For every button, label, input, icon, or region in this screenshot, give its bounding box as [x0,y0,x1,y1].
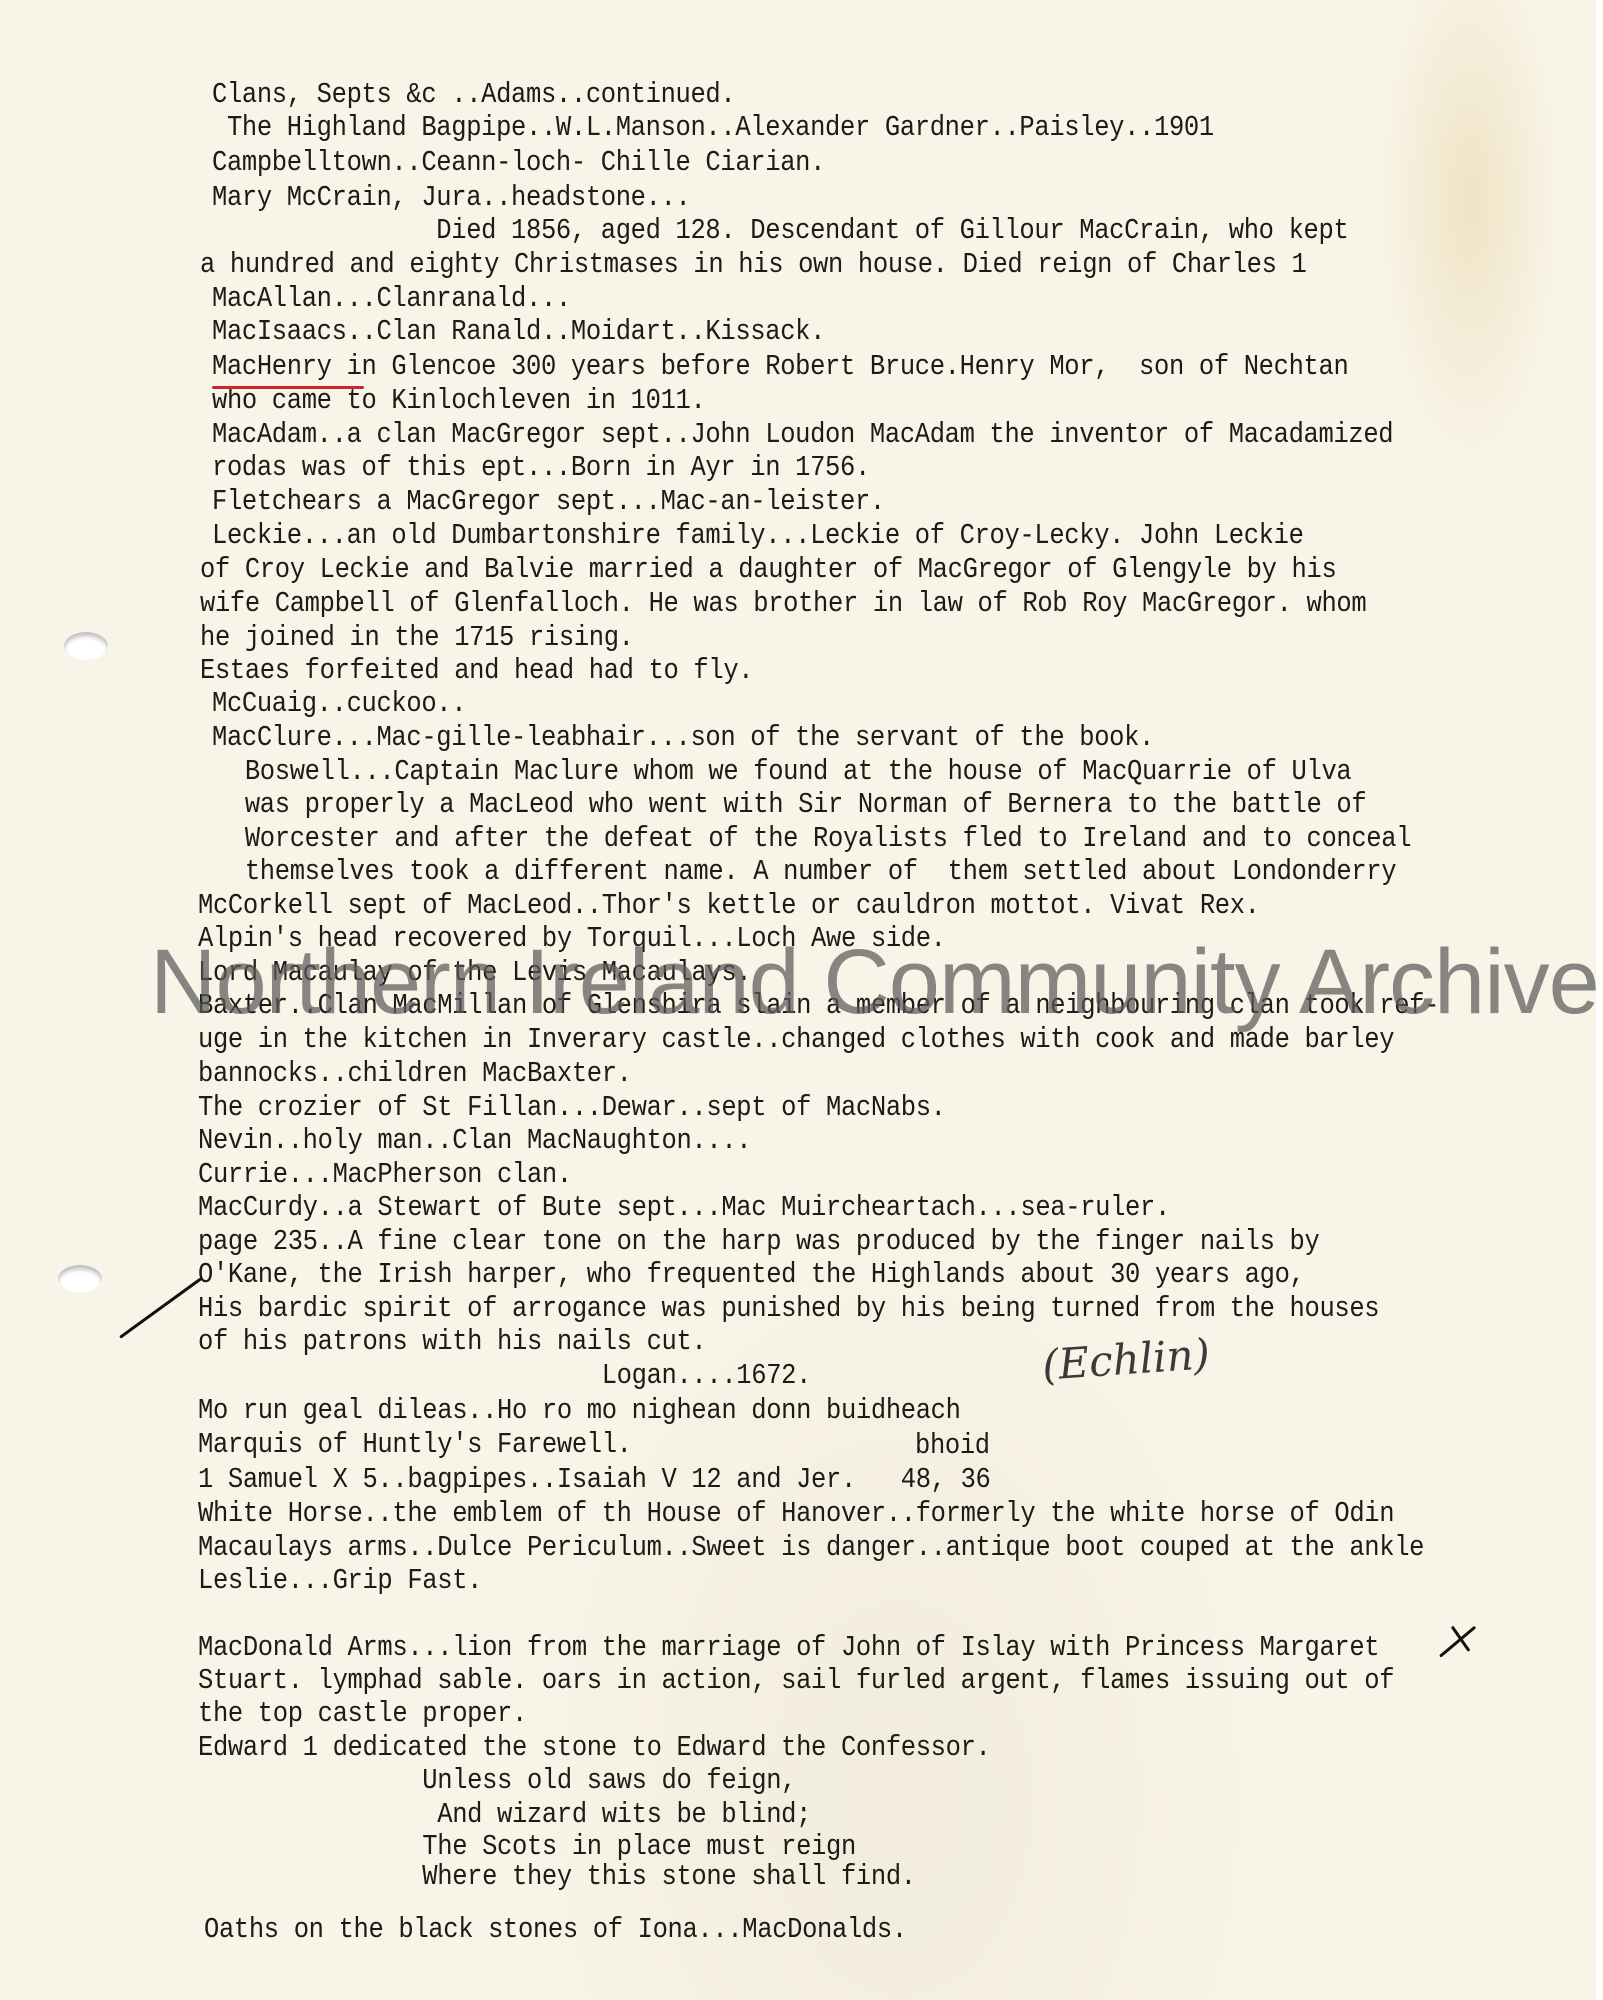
text-line: MacClure...Mac-gille-leabhair...son of t… [212,724,1154,753]
text-line: Worcester and after the defeat of the Ro… [200,825,1411,854]
text-line: a hundred and eighty Christmases in his … [200,251,1307,280]
text-line: Oaths on the black stones of Iona...MacD… [204,1916,907,1945]
text-line: Clans, Septs &c ..Adams..continued. [212,81,735,110]
text-line: Logan....1672. [198,1362,811,1391]
text-line: Mary McCrain, Jura..headstone... [212,184,690,213]
text-line: Currie...MacPherson clan. [198,1161,572,1190]
text-line: McCorkell sept of MacLeod..Thor's kettle… [198,892,1260,921]
text-line: The Scots in place must reign [198,1833,856,1862]
text-line: of his patrons with his nails cut. [198,1328,706,1357]
interlinear-word: bhoid [915,1432,990,1461]
punch-hole-top [64,632,108,660]
red-underline [212,386,364,389]
text-line: MacIsaacs..Clan Ranald..Moidart..Kissack… [212,318,825,347]
text-line: Nevin..holy man..Clan MacNaughton.... [198,1127,751,1156]
text-line: was properly a MacLeod who went with Sir… [200,791,1366,820]
text-line: Leckie...an old Dumbartonshire family...… [212,522,1304,551]
text-line: His bardic spirit of arrogance was punis… [198,1295,1379,1324]
text-line: Estaes forfeited and head had to fly. [200,657,753,686]
text-line: MacAdam..a clan MacGregor sept..John Lou… [212,421,1393,450]
text-line: Stuart. lymphad sable. oars in action, s… [198,1667,1394,1696]
text-line: Campbelltown..Ceann-loch- Chille Ciarian… [212,149,825,178]
text-line: the top castle proper. [198,1700,527,1729]
text-line: he joined in the 1715 rising. [200,624,634,653]
text-line: of Croy Leckie and Balvie married a daug… [200,556,1336,585]
text-line: who came to Kinlochleven in 1011. [212,387,705,416]
text-line: The Highland Bagpipe..W.L.Manson..Alexan… [212,114,1214,143]
text-line: Where they this stone shall find. [198,1863,916,1892]
text-line: themselves took a different name. A numb… [200,858,1396,887]
punch-hole-bottom [58,1265,102,1293]
text-line: 1 Samuel X 5..bagpipes..Isaiah V 12 and … [198,1466,990,1495]
text-line: McCuaig..cuckoo.. [212,690,466,719]
text-line: Died 1856, aged 128. Descendant of Gillo… [212,217,1348,246]
text-line: MacAllan...Clanranald... [212,285,571,314]
text-line: O'Kane, the Irish harper, who frequented… [198,1261,1305,1290]
text-line: bannocks..children MacBaxter. [198,1060,632,1089]
text-line: The crozier of St Fillan...Dewar..sept o… [198,1094,946,1123]
text-line: wife Campbell of Glenfalloch. He was bro… [200,590,1366,619]
text-line: White Horse..the emblem of th House of H… [198,1500,1394,1529]
text-line: MacHenry in Glencoe 300 years before Rob… [212,353,1348,382]
text-line: rodas was of this ept...Born in Ayr in 1… [212,454,870,483]
text-line: And wizard wits be blind; [198,1801,811,1830]
text-line: page 235..A fine clear tone on the harp … [198,1228,1319,1257]
text-line: Mo run geal dileas..Ho ro mo nighean don… [198,1397,961,1426]
text-line: Fletchears a MacGregor sept...Mac-an-lei… [212,488,885,517]
text-line: MacCurdy..a Stewart of Bute sept...Mac M… [198,1194,1170,1223]
text-line: Macaulays arms..Dulce Periculum..Sweet i… [198,1534,1424,1563]
text-line: Boswell...Captain Maclure whom we found … [200,758,1351,787]
watermark: Northern Ireland Community Archive [150,930,1599,1035]
text-line: Edward 1 dedicated the stone to Edward t… [198,1734,990,1763]
text-line: Unless old saws do feign, [198,1767,796,1796]
text-line: MacDonald Arms...lion from the marriage … [198,1634,1379,1663]
text-line: Marquis of Huntly's Farewell. [198,1431,632,1460]
text-line: Leslie...Grip Fast. [198,1567,482,1596]
